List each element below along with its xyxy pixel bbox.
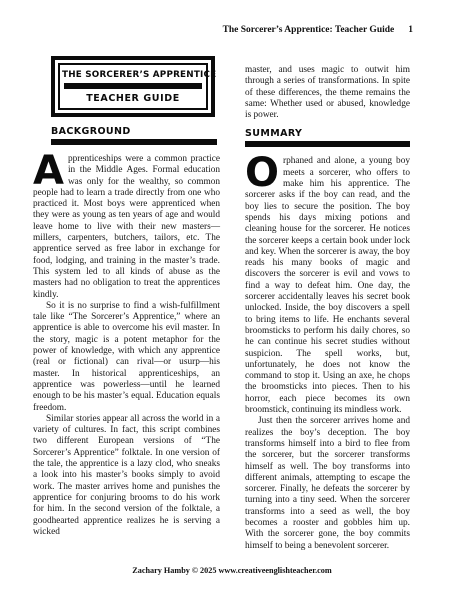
background-body: Apprenticeships were a common practice i… [33,154,220,538]
summary-heading-rule [245,141,410,147]
document-subtitle: TEACHER GUIDE [62,93,204,104]
document-page: The Sorcerer’s Apprentice: Teacher Guide… [0,0,464,600]
right-column: master, and uses magic to outwit him thr… [245,56,410,552]
paragraph-text: rphaned and alone, a young boy meets a s… [245,156,410,415]
background-section-heading: BACKGROUND [51,126,217,145]
drop-cap-o: O [245,157,279,189]
running-header-title: The Sorcerer’s Apprentice: Teacher Guide [223,25,395,35]
background-heading-label: BACKGROUND [51,126,217,137]
paragraph: master, and uses magic to outwit him thr… [245,65,410,121]
paragraph: Similar stories appear all across the wo… [33,414,220,538]
title-divider-bar [64,83,202,89]
summary-section-heading: SUMMARY [245,128,410,147]
background-heading-rule [51,139,217,145]
document-title: THE SORCERER’S APPRENTICE [62,70,204,80]
running-header: The Sorcerer’s Apprentice: Teacher Guide… [223,25,413,35]
summary-heading-label: SUMMARY [245,128,410,139]
left-column: THE SORCERER’S APPRENTICE TEACHER GUIDE … [33,56,220,552]
summary-body: Orphaned and alone, a young boy meets a … [245,156,410,551]
paragraph: Just then the sorcerer arrives home and … [245,416,410,552]
paragraph: So it is no surprise to find a wish-fulf… [33,301,220,414]
drop-cap-a: A [33,155,64,187]
paragraph: Orphaned and alone, a young boy meets a … [245,156,410,416]
title-box-inner: THE SORCERER’S APPRENTICE TEACHER GUIDE [58,63,208,110]
page-number: 1 [408,25,413,35]
title-box: THE SORCERER’S APPRENTICE TEACHER GUIDE [51,56,215,117]
two-column-layout: THE SORCERER’S APPRENTICE TEACHER GUIDE … [33,56,410,552]
continued-body: master, and uses magic to outwit him thr… [245,65,410,121]
paragraph: Apprenticeships were a common practice i… [33,154,220,301]
footer-credit: Zachary Hamby © 2025 www.creativeenglish… [0,566,464,575]
